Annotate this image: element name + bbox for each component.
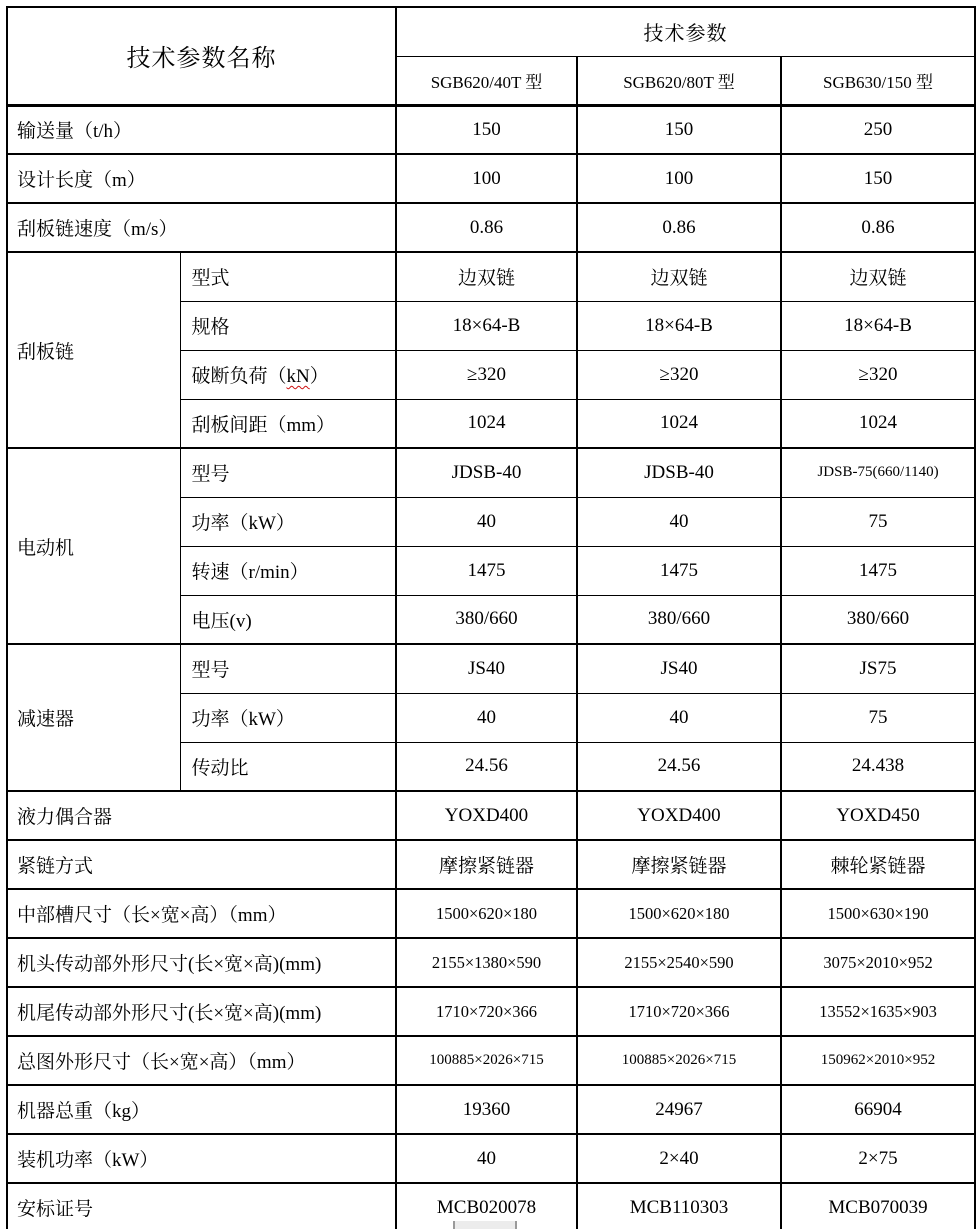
table-row: 装机功率（kW）402×402×75 — [7, 1134, 975, 1183]
value-cell: 18×64-B — [577, 301, 781, 350]
value-cell: 2155×1380×590 — [396, 938, 577, 987]
value-cell: 150962×2010×952 — [781, 1036, 975, 1085]
table-row: 液力偶合器YOXD400YOXD400YOXD450 — [7, 791, 975, 840]
table-row: 紧链方式摩擦紧链器摩擦紧链器棘轮紧链器 — [7, 840, 975, 889]
value-cell: JDSB-40 — [396, 448, 577, 497]
value-cell: 1710×720×366 — [396, 987, 577, 1036]
sub-row-label: 破断负荷（kN） — [180, 350, 396, 399]
value-cell: 40 — [396, 497, 577, 546]
row-label: 总图外形尺寸（长×宽×高）（mm） — [7, 1036, 396, 1085]
value-cell: 150 — [396, 105, 577, 154]
value-cell: 18×64-B — [781, 301, 975, 350]
model-header: SGB620/40T 型 — [396, 56, 577, 105]
value-cell: YOXD400 — [577, 791, 781, 840]
value-cell: JDSB-75(660/1140) — [781, 448, 975, 497]
value-cell: 75 — [781, 693, 975, 742]
sub-row-label: 传动比 — [180, 742, 396, 791]
table-row: 总图外形尺寸（长×宽×高）（mm）100885×2026×715100885×2… — [7, 1036, 975, 1085]
value-cell: JS40 — [396, 644, 577, 693]
value-cell: 1710×720×366 — [577, 987, 781, 1036]
sub-row-label: 刮板间距（mm） — [180, 399, 396, 448]
value-cell: 100 — [577, 154, 781, 203]
param-name-header: 技术参数名称 — [7, 7, 396, 105]
value-cell: 1024 — [577, 399, 781, 448]
table-row: 输送量（t/h）150150250 — [7, 105, 975, 154]
row-label: 输送量（t/h） — [7, 105, 396, 154]
value-cell: 2×75 — [781, 1134, 975, 1183]
value-cell: YOXD450 — [781, 791, 975, 840]
group-label: 电动机 — [7, 448, 180, 644]
value-cell: 0.86 — [396, 203, 577, 252]
param-table-body: 技术参数名称 技术参数 SGB620/40T 型SGB620/80T 型SGB6… — [7, 7, 975, 1229]
value-cell: 13552×1635×903 — [781, 987, 975, 1036]
value-cell: JS75 — [781, 644, 975, 693]
sub-row-label: 电压(v) — [180, 595, 396, 644]
sub-row-label: 功率（kW） — [180, 693, 396, 742]
sub-row-label: 转速（r/min） — [180, 546, 396, 595]
value-cell: ≥320 — [396, 350, 577, 399]
horizontal-scrollbar-fragment[interactable] — [453, 1221, 517, 1229]
params-header: 技术参数 — [396, 7, 975, 56]
value-cell: 40 — [396, 693, 577, 742]
row-label: 机头传动部外形尺寸(长×宽×高)(mm) — [7, 938, 396, 987]
value-cell: 24.56 — [396, 742, 577, 791]
sub-row-label: 型号 — [180, 448, 396, 497]
document-page: 技术参数名称 技术参数 SGB620/40T 型SGB620/80T 型SGB6… — [0, 0, 977, 1229]
row-label: 紧链方式 — [7, 840, 396, 889]
value-cell: 1024 — [396, 399, 577, 448]
value-cell: 2×40 — [577, 1134, 781, 1183]
sub-row-label: 型号 — [180, 644, 396, 693]
value-cell: 棘轮紧链器 — [781, 840, 975, 889]
value-cell: ≥320 — [577, 350, 781, 399]
value-cell: 380/660 — [781, 595, 975, 644]
table-row: 中部槽尺寸（长×宽×高）（mm）1500×620×1801500×620×180… — [7, 889, 975, 938]
group-label: 刮板链 — [7, 252, 180, 448]
value-cell: 24967 — [577, 1085, 781, 1134]
value-cell: MCB070039 — [781, 1183, 975, 1229]
value-cell: 摩擦紧链器 — [577, 840, 781, 889]
value-cell: 66904 — [781, 1085, 975, 1134]
spellcheck-underline: kN — [287, 366, 310, 387]
value-cell: JDSB-40 — [577, 448, 781, 497]
value-cell: 100885×2026×715 — [396, 1036, 577, 1085]
row-label: 设计长度（m） — [7, 154, 396, 203]
spec-table: 技术参数名称 技术参数 SGB620/40T 型SGB620/80T 型SGB6… — [6, 6, 976, 1229]
value-cell: 0.86 — [781, 203, 975, 252]
value-cell: 150 — [577, 105, 781, 154]
value-cell: 1500×620×180 — [396, 889, 577, 938]
value-cell: 1475 — [577, 546, 781, 595]
value-cell: 100 — [396, 154, 577, 203]
value-cell: 摩擦紧链器 — [396, 840, 577, 889]
row-label: 安标证号 — [7, 1183, 396, 1229]
table-row: 刮板链速度（m/s）0.860.860.86 — [7, 203, 975, 252]
value-cell: YOXD400 — [396, 791, 577, 840]
value-cell: 边双链 — [577, 252, 781, 301]
row-label: 机器总重（kg） — [7, 1085, 396, 1134]
model-header: SGB630/150 型 — [781, 56, 975, 105]
value-cell: 40 — [577, 693, 781, 742]
value-cell: JS40 — [577, 644, 781, 693]
table-row: 机尾传动部外形尺寸(长×宽×高)(mm)1710×720×3661710×720… — [7, 987, 975, 1036]
value-cell: 18×64-B — [396, 301, 577, 350]
row-label: 机尾传动部外形尺寸(长×宽×高)(mm) — [7, 987, 396, 1036]
value-cell: 380/660 — [577, 595, 781, 644]
header-row-1: 技术参数名称 技术参数 — [7, 7, 975, 56]
value-cell: 1500×620×180 — [577, 889, 781, 938]
value-cell: 250 — [781, 105, 975, 154]
table-row: 减速器型号JS40JS40JS75 — [7, 644, 975, 693]
row-label: 中部槽尺寸（长×宽×高）（mm） — [7, 889, 396, 938]
table-row: 电动机型号JDSB-40JDSB-40JDSB-75(660/1140) — [7, 448, 975, 497]
value-cell: 380/660 — [396, 595, 577, 644]
row-label: 刮板链速度（m/s） — [7, 203, 396, 252]
table-row: 刮板链型式边双链边双链边双链 — [7, 252, 975, 301]
value-cell: 边双链 — [396, 252, 577, 301]
sub-row-label: 型式 — [180, 252, 396, 301]
group-label: 减速器 — [7, 644, 180, 791]
value-cell: 1024 — [781, 399, 975, 448]
value-cell: 100885×2026×715 — [577, 1036, 781, 1085]
value-cell: 1500×630×190 — [781, 889, 975, 938]
value-cell: 40 — [577, 497, 781, 546]
row-label: 装机功率（kW） — [7, 1134, 396, 1183]
value-cell: 1475 — [396, 546, 577, 595]
model-header: SGB620/80T 型 — [577, 56, 781, 105]
table-row: 机器总重（kg）193602496766904 — [7, 1085, 975, 1134]
value-cell: 0.86 — [577, 203, 781, 252]
value-cell: 边双链 — [781, 252, 975, 301]
value-cell: ≥320 — [781, 350, 975, 399]
value-cell: 19360 — [396, 1085, 577, 1134]
value-cell: 40 — [396, 1134, 577, 1183]
value-cell: 2155×2540×590 — [577, 938, 781, 987]
table-row: 设计长度（m）100100150 — [7, 154, 975, 203]
value-cell: MCB110303 — [577, 1183, 781, 1229]
value-cell: 150 — [781, 154, 975, 203]
value-cell: 24.438 — [781, 742, 975, 791]
value-cell: 1475 — [781, 546, 975, 595]
value-cell: 75 — [781, 497, 975, 546]
value-cell: 24.56 — [577, 742, 781, 791]
sub-row-label: 规格 — [180, 301, 396, 350]
row-label: 液力偶合器 — [7, 791, 396, 840]
value-cell: 3075×2010×952 — [781, 938, 975, 987]
table-row: 机头传动部外形尺寸(长×宽×高)(mm)2155×1380×5902155×25… — [7, 938, 975, 987]
sub-row-label: 功率（kW） — [180, 497, 396, 546]
